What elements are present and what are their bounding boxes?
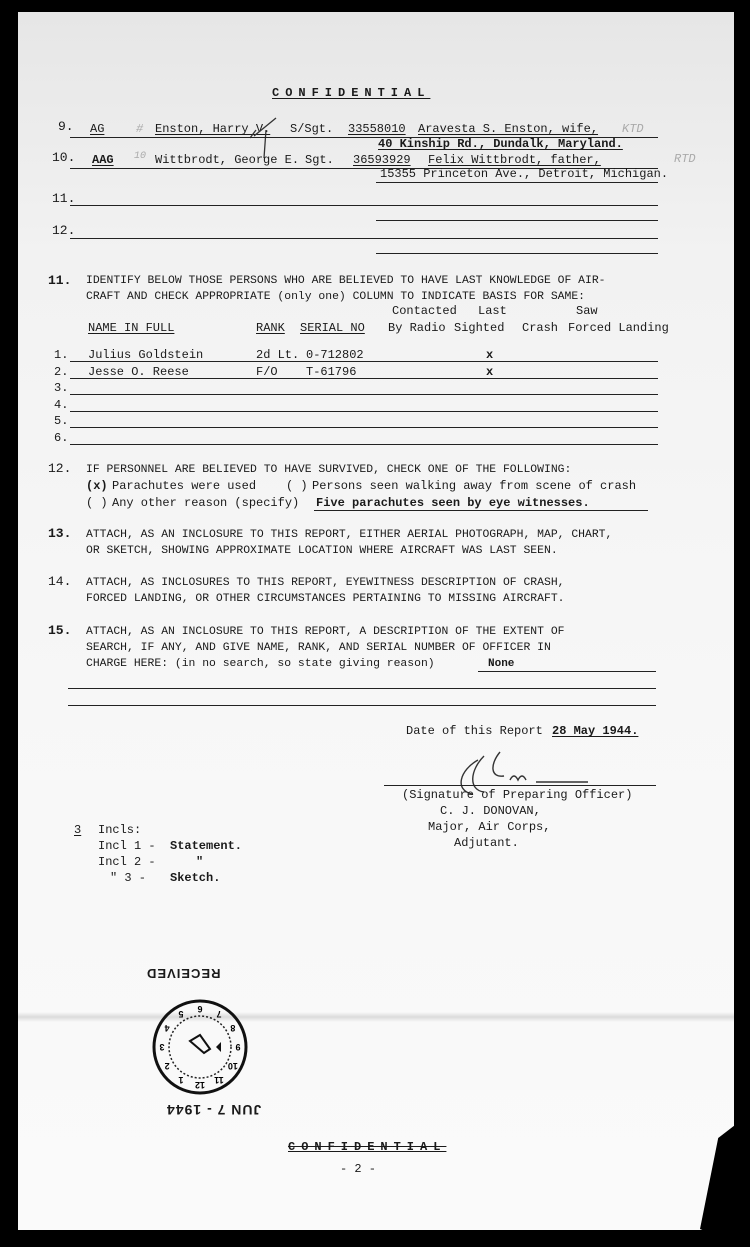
entry-line [68,705,656,706]
svg-text:10: 10 [228,1061,238,1071]
crew-rank: S/Sgt. [290,122,333,136]
crew-position: AAG [92,153,114,167]
inclosure-item-label: " 3 - [110,871,146,885]
row-number: 5. [54,414,68,428]
column-header: Last [478,304,507,318]
section-text: IDENTIFY BELOW THOSE PERSONS WHO ARE BEL… [86,274,606,288]
margin-note: KTD [622,122,644,136]
crew-next-of-kin: Felix Wittbrodt, father, [428,153,601,167]
svg-text:9: 9 [235,1042,240,1052]
column-header: Crash [522,321,558,335]
report-date-label: Date of this Report [406,724,543,738]
stamp-received: RECEIVED [146,966,220,981]
svg-text:5: 5 [178,1009,183,1019]
checkbox-walking[interactable]: ( ) [286,479,308,493]
entry-line [314,510,648,511]
crew-serial: 33558010 [348,122,406,136]
option-label: Parachutes were used [112,479,256,493]
svg-text:6: 6 [197,1004,202,1014]
inclosure-item-desc: Sketch. [170,871,220,885]
paper-fold [18,1012,734,1022]
crew-address: 15355 Princeton Ave., Detroit, Michigan. [380,167,668,181]
svg-text:12: 12 [195,1080,205,1090]
classification-header: CONFIDENTIAL [272,86,430,100]
officer-name: C. J. DONOVAN, [440,804,541,818]
column-header-name: NAME IN FULL [88,321,174,335]
classification-footer: CONFIDENTIAL [288,1140,446,1154]
column-header: Sighted [454,321,504,335]
inclosure-item-label: Incl 1 - [98,839,156,853]
received-stamp-clock-icon: 121234567891011 [150,997,250,1097]
officer-rank: Major, Air Corps, [428,820,550,834]
row-number: 3. [54,381,68,395]
entry-line [376,253,658,254]
inclosure-item-desc: Statement. [170,839,242,853]
signature-line [384,785,656,786]
section-number: 15. [48,624,71,638]
search-value: None [488,657,514,671]
column-header: Saw [576,304,598,318]
crew-mark: 10 [134,150,146,164]
crew-position: AG [90,122,104,136]
entry-number: 11. [52,192,75,206]
checkbox-other[interactable]: ( ) [86,496,108,510]
witness-mark: x [486,348,493,362]
section-number: 12. [48,462,71,476]
witness-name: Julius Goldstein [88,348,203,362]
column-header: Forced Landing [568,321,669,335]
section-text: IF PERSONNEL ARE BELIEVED TO HAVE SURVIV… [86,463,571,477]
entry-number: 10. [52,151,75,165]
row-number: 2. [54,365,68,379]
option-label: Persons seen walking away from scene of … [312,479,636,493]
row-number: 1. [54,348,68,362]
svg-text:8: 8 [230,1023,235,1033]
section-text: FORCED LANDING, OR OTHER CIRCUMSTANCES P… [86,592,565,606]
section-text: CRAFT AND CHECK APPROPRIATE (only one) C… [86,290,585,304]
table-row-line [70,411,658,412]
section-number: 14. [48,575,71,589]
entry-line [70,238,658,239]
svg-text:11: 11 [214,1075,224,1085]
entry-line [376,220,658,221]
entry-number: 12. [52,224,75,238]
witness-rank: 2d Lt. [256,348,299,362]
entry-number: 9. [58,120,74,134]
crew-rank: Sgt. [305,153,334,167]
specify-value: Five parachutes seen by eye witnesses. [316,496,590,510]
witness-serial: T-61796 [306,365,356,379]
svg-text:4: 4 [165,1023,170,1033]
svg-text:7: 7 [216,1009,221,1019]
section-text: ATTACH, AS AN INCLOSURE TO THIS REPORT, … [86,528,612,542]
section-number: 11. [48,274,71,288]
torn-corner [700,1112,750,1242]
column-header-rank: RANK [256,321,285,335]
entry-line [70,205,658,206]
column-header: Contacted [392,304,457,318]
option-label: Any other reason (specify) [112,496,299,510]
table-row-line [70,444,658,445]
section-text: OR SKETCH, SHOWING APPROXIMATE LOCATION … [86,544,558,558]
table-row-line [70,394,658,395]
crew-serial: 36593929 [353,153,411,167]
document-page: CONFIDENTIAL 9. AG # Enston, Harry V. S/… [18,12,734,1230]
report-date-value: 28 May 1944. [552,724,638,738]
crew-mark: # [136,122,143,136]
entry-line [68,688,656,689]
crew-next-of-kin: Aravesta S. Enston, wife, [418,122,598,136]
row-number: 6. [54,431,68,445]
margin-note: RTD [674,152,696,166]
witness-rank: F/O [256,365,278,379]
witness-serial: 0-712802 [306,348,364,362]
table-row-line [70,427,658,428]
table-row-line [70,378,658,379]
signature-caption: (Signature of Preparing Officer) [402,788,632,802]
crew-address: 40 Kinship Rd., Dundalk, Maryland. [378,137,623,151]
entry-line [478,671,656,672]
column-header-serial: SERIAL NO [300,321,365,335]
inclosure-label: Incls: [98,823,141,837]
column-header: By Radio [388,321,446,335]
entry-line [376,182,658,183]
section-number: 13. [48,527,71,541]
inclosure-item-label: Incl 2 - [98,855,156,869]
page-number: - 2 - [340,1162,376,1176]
officer-title: Adjutant. [454,836,519,850]
svg-text:2: 2 [165,1061,170,1071]
svg-text:3: 3 [159,1042,164,1052]
table-row-line [70,361,658,362]
crew-name: Wittbrodt, George E. [155,153,299,167]
section-text: ATTACH, AS AN INCLOSURE TO THIS REPORT, … [86,625,565,639]
witness-mark: x [486,365,493,379]
section-text: ATTACH, AS INCLOSURES TO THIS REPORT, EY… [86,576,565,590]
inclosure-item-desc: " [196,855,203,869]
row-number: 4. [54,398,68,412]
stamp-date: JUN 7 - 1944 [166,1102,261,1118]
svg-text:1: 1 [178,1075,183,1085]
witness-name: Jesse O. Reese [88,365,189,379]
inclosure-count: 3 [74,823,81,837]
section-text: SEARCH, IF ANY, AND GIVE NAME, RANK, AND… [86,641,551,655]
section-text: CHARGE HERE: (in no search, so state giv… [86,657,435,671]
checkbox-parachutes[interactable]: (x) [86,479,108,493]
